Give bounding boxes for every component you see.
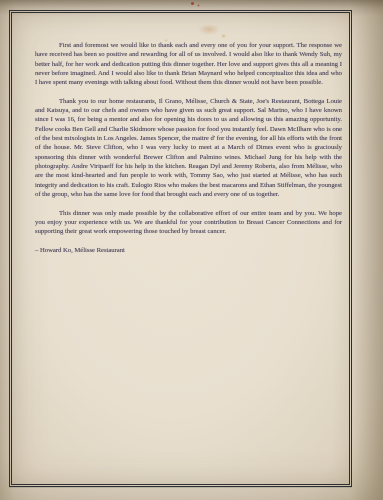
photographed-letter-page: First and foremost we would like to than… — [0, 0, 383, 500]
thank-you-paragraph-1: First and foremost we would like to than… — [35, 41, 342, 88]
thank-you-paragraph-2: Thank you to our home restaurants, Il Gr… — [35, 97, 342, 200]
closing-paragraph: This dinner was only made possible by th… — [35, 209, 342, 237]
red-speck-stain — [191, 2, 194, 5]
double-rule-border-frame: First and foremost we would like to than… — [9, 10, 352, 487]
letter-body: First and foremost we would like to than… — [12, 13, 349, 255]
signature-line: – Howard Ko, Mélisse Restaurant — [35, 246, 342, 255]
